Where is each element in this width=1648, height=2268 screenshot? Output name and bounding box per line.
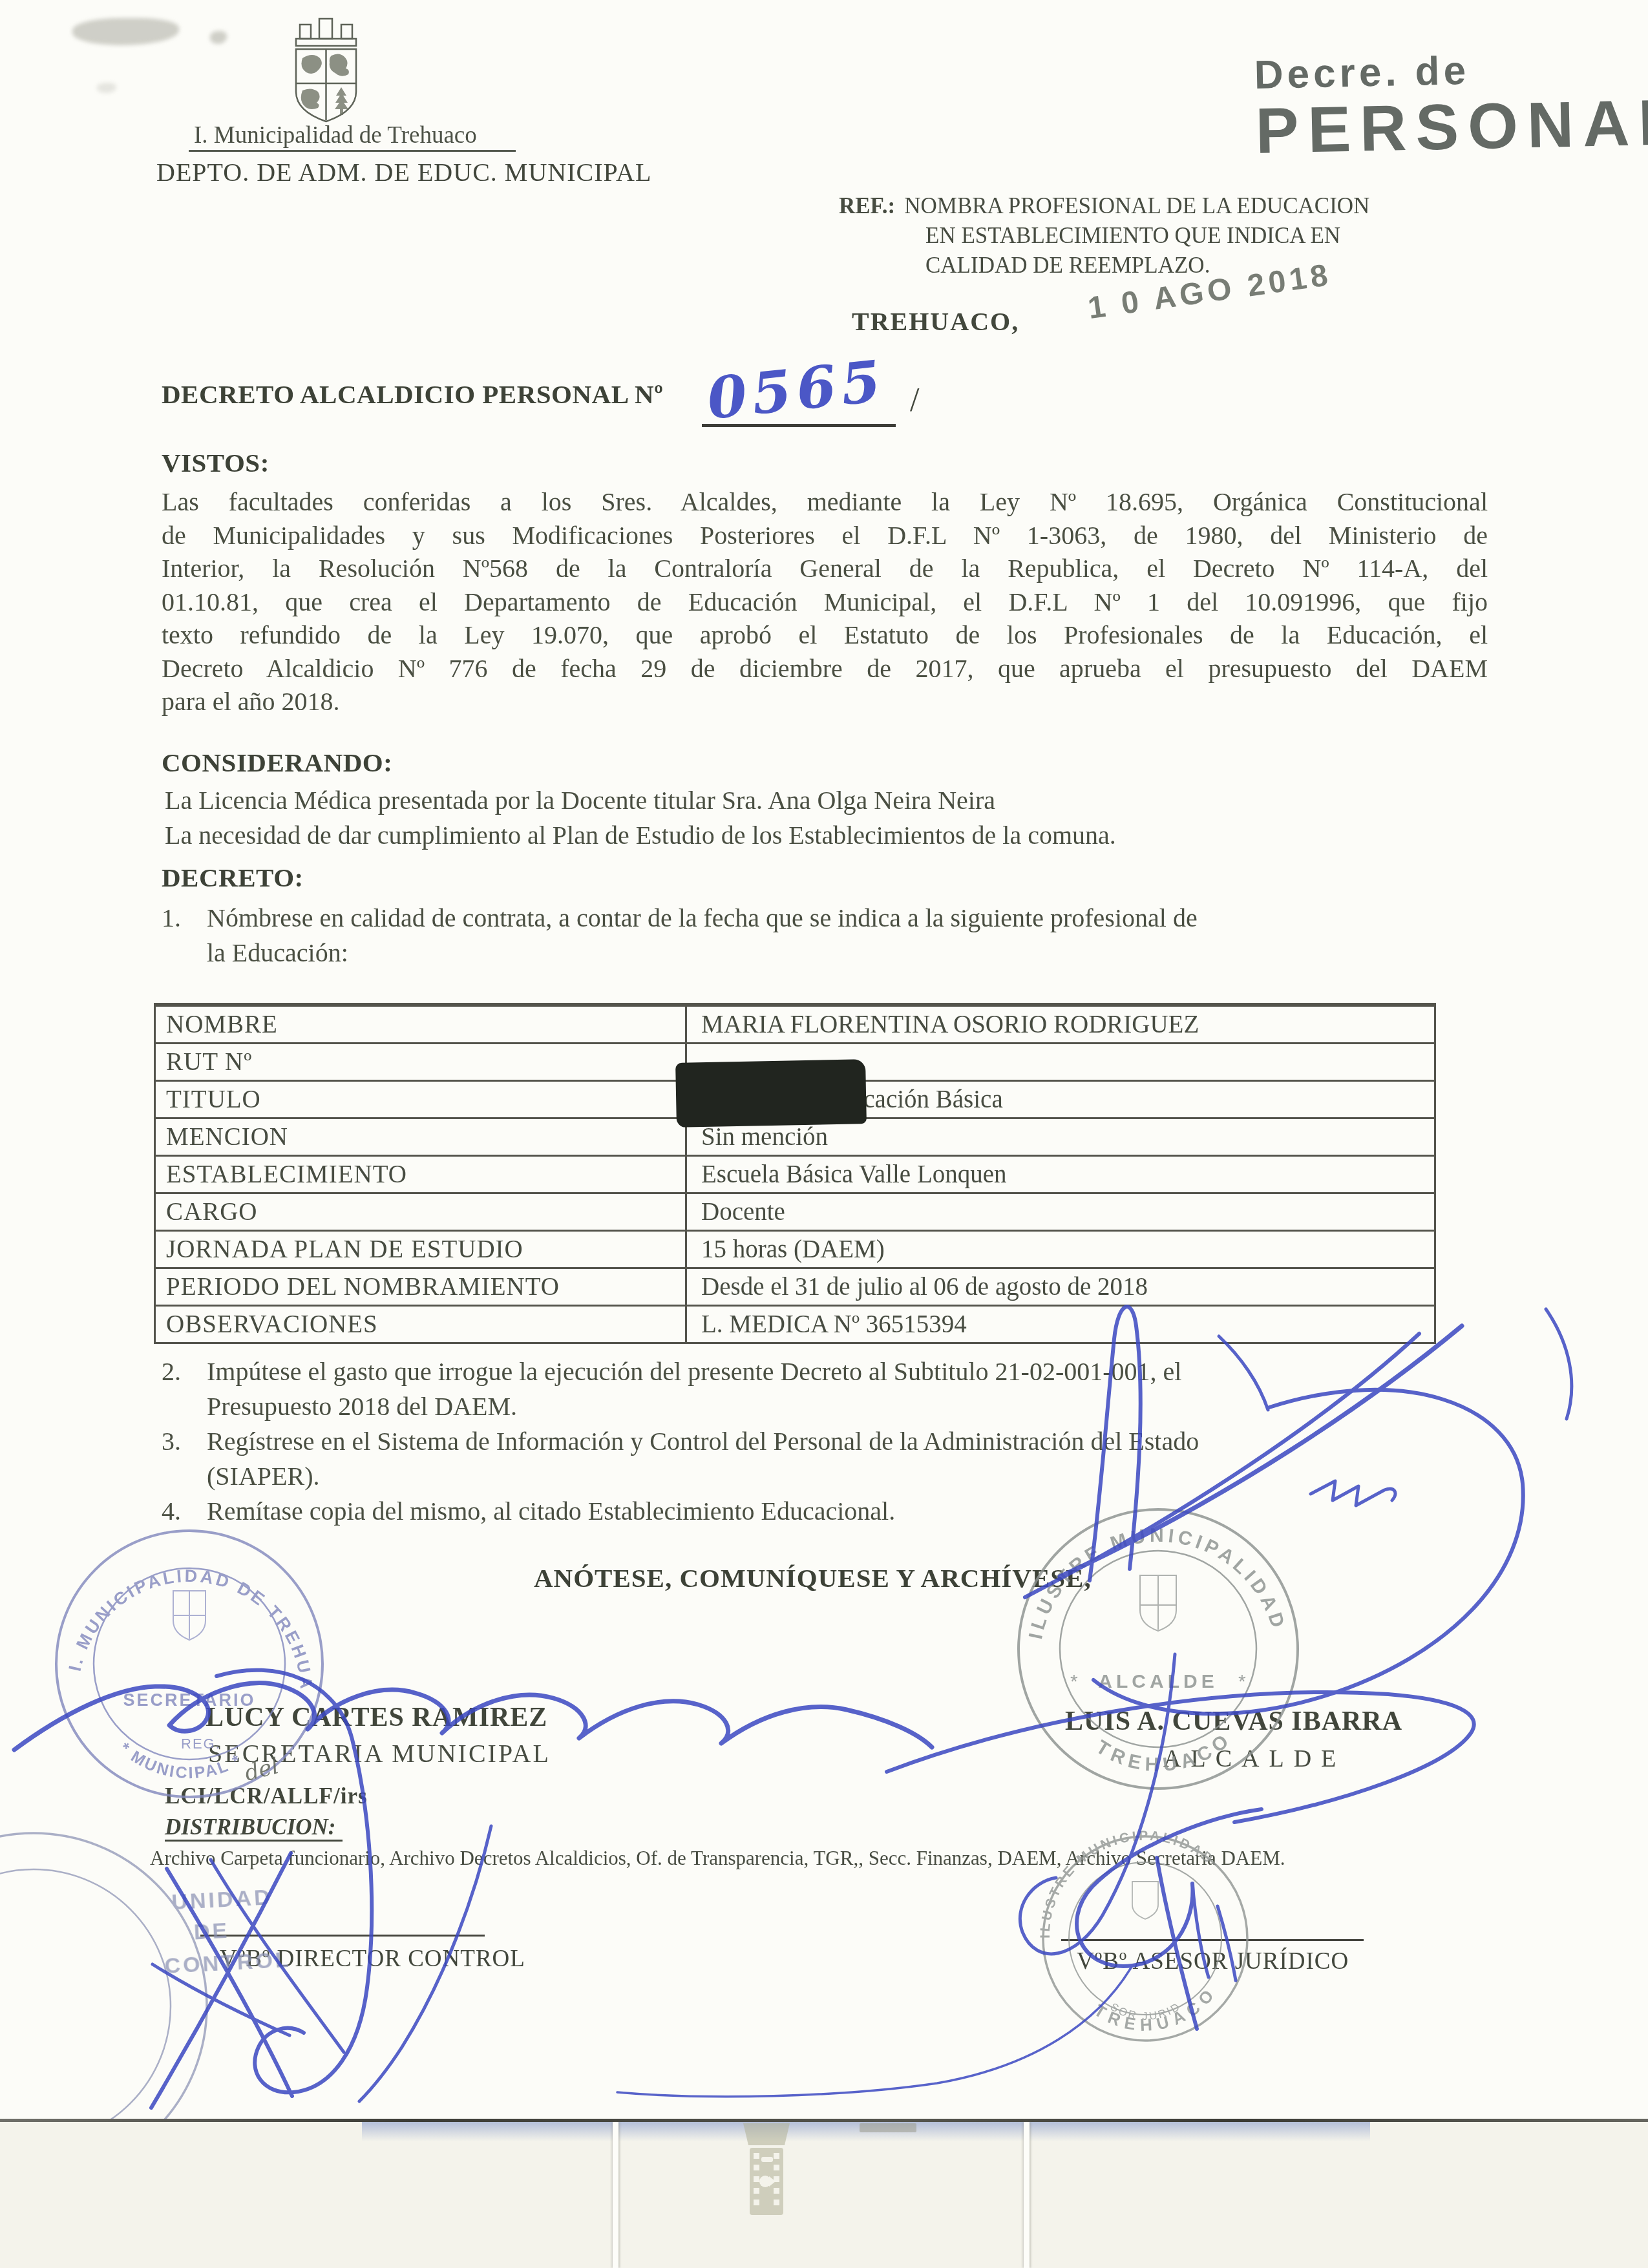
municipality-name: I. Municipalidad de Trehuaco — [189, 122, 516, 152]
closing-line: ANÓTESE, COMUNÍQUESE Y ARCHÍVESE, — [534, 1562, 1092, 1593]
table-row: NOMBRE MARIA FLORENTINA OSORIO RODRIGUEZ — [156, 1005, 1434, 1042]
scanner-band — [0, 2122, 1648, 2268]
item-text: Impútese el gasto que irrogue la ejecuci… — [207, 1354, 1492, 1389]
mayor-name: LUIS A. CUEVAS IBARRA — [1065, 1706, 1402, 1737]
film-watermark-icon — [734, 2123, 799, 2220]
distribution-text: Archivo Carpeta funcionario, Archivo Dec… — [150, 1847, 1475, 1870]
department-name: DEPTO. DE ADM. DE EDUC. MUNICIPAL — [156, 157, 651, 187]
table-row: OBSERVACIONES L. MEDICA Nº 36515394 — [156, 1305, 1434, 1342]
svg-text:TREHUACO: TREHUACO — [1091, 1982, 1221, 2035]
item-number: 3. — [162, 1424, 207, 1459]
table-row: PERIODO DEL NOMBRAMIENTO Desde el 31 de … — [156, 1267, 1434, 1305]
item-text: (SIAPER). — [207, 1459, 1492, 1494]
considerando-line: La necesidad de dar cumplimiento al Plan… — [165, 818, 1116, 853]
resolution-line: 4. Remítase copia del mismo, al citado E… — [162, 1494, 1492, 1529]
vb-director-control: VºBº DIRECTOR CONTROL — [220, 1945, 525, 1973]
item-number — [162, 936, 207, 971]
item-number — [162, 1459, 207, 1494]
resolution-line: 2. Impútese el gasto que irrogue la ejec… — [162, 1354, 1492, 1389]
item-text: Remítase copia del mismo, al citado Esta… — [207, 1494, 1492, 1529]
ref-line-3: CALIDAD DE REEMPLAZO. — [925, 251, 1446, 280]
vistos-line: de Municipalidades y sus Modificaciones … — [162, 519, 1488, 552]
distribution-label-wrap: DISTRIBUCION: — [165, 1814, 343, 1840]
table-row: JORNADA PLAN DE ESTUDIO 15 horas (DAEM) — [156, 1230, 1434, 1267]
mayor-role: ALCALDE — [1163, 1745, 1346, 1773]
vistos-line: para el año 2018. — [162, 685, 1488, 719]
stamp-line-2: PERSONAL — [1255, 85, 1648, 169]
item-number — [162, 1389, 207, 1424]
ref-label: REF.: — [839, 191, 895, 221]
vistos-title: VISTOS: — [162, 447, 269, 478]
table-row-label: JORNADA PLAN DE ESTUDIO — [156, 1232, 687, 1267]
item-number: 4. — [162, 1494, 207, 1529]
table-row-value: 15 horas (DAEM) — [687, 1232, 1434, 1267]
svg-text:SOR JURID: SOR JURID — [1108, 2000, 1183, 2022]
ref-line-2: EN ESTABLECIMIENTO QUE INDICA EN — [925, 221, 1446, 251]
scan-smudge — [210, 31, 227, 44]
table-row-label: RUT Nº — [156, 1044, 687, 1080]
secretary-role: SECRETARIA MUNICIPAL — [208, 1738, 551, 1769]
vistos-paragraph: Las facultades conferidas a los Sres. Al… — [162, 485, 1488, 719]
table-row-value: MARIA FLORENTINA OSORIO RODRIGUEZ — [687, 1007, 1434, 1042]
table-row: CARGO Docente — [156, 1192, 1434, 1230]
director-signature — [151, 1853, 344, 2108]
rut-redaction-box — [675, 1059, 867, 1128]
ref-block: REF.: NOMBRA PROFESIONAL DE LA EDUCACION… — [839, 191, 1446, 280]
resolution-line: 3. Regístrese en el Sistema de Informaci… — [162, 1424, 1492, 1459]
scan-smudge — [72, 18, 179, 45]
seal-bottom-text: TREHUACO — [1091, 1982, 1221, 2035]
scanner-seam — [1024, 2122, 1030, 2268]
seal-star-right: * — [1238, 1671, 1246, 1692]
scanned-decree-page: I. Municipalidad de Trehuaco DEPTO. DE A… — [0, 0, 1648, 2268]
decreto-line: la Educación: — [162, 936, 1492, 971]
decreto-line: 1. Nómbrese en calidad de contrata, a co… — [162, 901, 1492, 936]
header-org: I. Municipalidad de Trehuaco — [189, 121, 516, 149]
table-row-label: TITULO — [156, 1082, 687, 1117]
municipal-crest — [270, 9, 381, 131]
appointment-table: NOMBRE MARIA FLORENTINA OSORIO RODRIGUEZ… — [154, 1003, 1436, 1344]
item-text: la Educación: — [207, 936, 1492, 971]
table-row-value: L. MEDICA Nº 36515394 — [687, 1307, 1434, 1342]
resolution-line: Presupuesto 2018 del DAEM. — [162, 1389, 1492, 1424]
considerando-lines: La Licencia Médica presentada por la Doc… — [165, 783, 1116, 853]
table-row: ESTABLECIMIENTO Escuela Básica Valle Lon… — [156, 1155, 1434, 1192]
table-row-label: NOMBRE — [156, 1007, 687, 1042]
decree-number-slash: / — [910, 381, 919, 419]
item-text: Presupuesto 2018 del DAEM. — [207, 1389, 1492, 1424]
scan-smudge — [97, 83, 116, 93]
secretary-name: LUCY CARTES RAMIREZ — [206, 1702, 547, 1733]
table-row-label: PERIODO DEL NOMBRAMIENTO — [156, 1269, 687, 1305]
decree-number-label: DECRETO ALCALDICIO PERSONAL Nº — [162, 379, 663, 410]
considerando-line: La Licencia Médica presentada por la Doc… — [165, 783, 1116, 818]
vistos-line: Interior, la Resolución Nº568 de la Cont… — [162, 552, 1488, 585]
table-row-value: Escuela Básica Valle Lonquen — [687, 1157, 1434, 1192]
decree-number-underline — [702, 390, 896, 427]
initials-line: LCI/LCR/ALLF/irs — [165, 1783, 368, 1809]
decreto-item-1: 1. Nómbrese en calidad de contrata, a co… — [162, 901, 1492, 971]
resolution-line: (SIAPER). — [162, 1459, 1492, 1494]
personal-decree-stamp: Decre. de PERSONAL — [1254, 43, 1648, 169]
secretary-signature-loop — [217, 1670, 372, 2093]
svg-text:ILUSTRE MUNICIPALIDAD: ILUSTRE MUNICIPALIDAD — [1038, 1829, 1218, 1938]
resolution-items: 2. Impútese el gasto que irrogue la ejec… — [162, 1354, 1492, 1529]
seal-center-text: ALCALDE — [1098, 1671, 1218, 1692]
scanner-seam — [613, 2122, 618, 2268]
table-row-label: ESTABLECIMIENTO — [156, 1157, 687, 1192]
table-row-label: CARGO — [156, 1194, 687, 1230]
table-row-label: OBSERVACIONES — [156, 1307, 687, 1342]
item-text: Nómbrese en calidad de contrata, a conta… — [207, 901, 1492, 936]
band-artifact — [860, 2123, 916, 2132]
table-row-value: Desde el 31 de julio al 06 de agosto de … — [687, 1269, 1434, 1305]
vb-asesor-juridico: VºBº ASESOR JURÍDICO — [1077, 1948, 1349, 1975]
control-stamp-line-1: UNIDAD — [171, 1885, 273, 1915]
seal-ring-text: ILUSTRE MUNICIPALIDAD — [1038, 1829, 1218, 1938]
vistos-line: 01.10.81, que crea el Departamento de Ed… — [162, 585, 1488, 619]
seal-star-left: * — [1070, 1671, 1078, 1692]
item-number: 2. — [162, 1354, 207, 1389]
item-number: 1. — [162, 901, 207, 936]
seal-small-text: SOR JURID — [1108, 2000, 1183, 2022]
considerando-title: CONSIDERANDO: — [162, 747, 392, 778]
decreto-title: DECRETO: — [162, 862, 304, 893]
vistos-line: Las facultades conferidas a los Sres. Al… — [162, 485, 1488, 519]
table-row-label: MENCION — [156, 1119, 687, 1155]
vb-left-line — [200, 1935, 485, 1937]
vistos-line: Decreto Alcaldicio Nº 776 de fecha 29 de… — [162, 652, 1488, 686]
ref-line-1: NOMBRA PROFESIONAL DE LA EDUCACION — [904, 191, 1369, 221]
table-row-value: Docente — [687, 1194, 1434, 1230]
item-text: Regístrese en el Sistema de Información … — [207, 1424, 1492, 1459]
place-line: TREHUACO, — [852, 306, 1019, 337]
control-stamp-line-2: DE — [193, 1918, 230, 1945]
vistos-line: texto refundido de la Ley 19.070, que ap… — [162, 618, 1488, 652]
distribution-label: DISTRIBUCION: — [165, 1814, 343, 1842]
vb-right-line — [1061, 1939, 1364, 1941]
